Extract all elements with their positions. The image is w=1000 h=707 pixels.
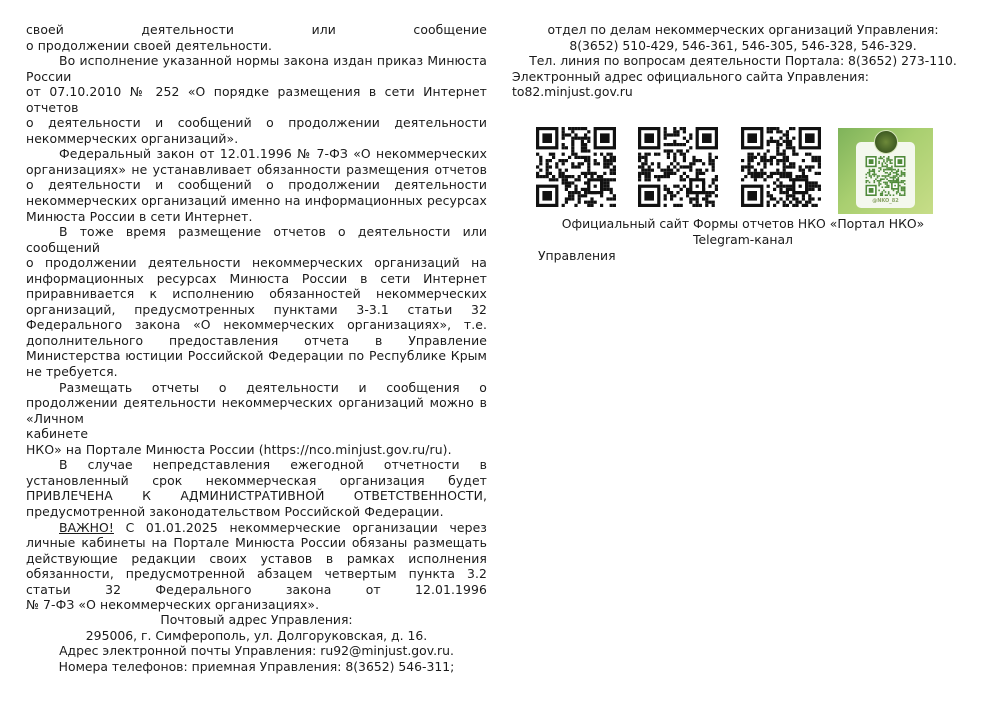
portal-hotline: Тел. линия по вопросам деятельности Порт… [512,53,974,69]
portal-nko-qr-icon [741,127,821,207]
paragraph-liability: В случае непредставления ежегодной отчет… [26,457,487,519]
department-phones: 8(3652) 510-429, 546-361, 546-305, 546-3… [512,38,974,54]
official-site-qr-icon [536,127,616,207]
paragraph-portal-link: НКО» на Портале Минюста России (https://… [26,442,487,458]
postal-address-heading: Почтовый адрес Управления: [26,612,487,628]
paragraph-order-intro: Во исполнение указанной нормы закона изд… [26,53,487,69]
left-column: своей деятельности или сообщение о продо… [26,22,487,613]
qr-caption-telegram: Telegram-канал [512,232,974,248]
address-block: Почтовый адрес Управления: 295006, г. Си… [26,612,487,674]
paragraph-line: о деятельности и сообщений о продолжении… [26,115,487,146]
telegram-qr-card: @NKO_82 [838,128,933,214]
website-url[interactable]: to82.minjust.gov.ru [512,84,974,100]
paragraph-important: ВАЖНО! С 01.01.2025 некоммерческие орган… [26,520,487,598]
paragraph-line: России [26,69,487,85]
important-label: ВАЖНО! [59,520,114,535]
telegram-handle: @NKO_82 [856,198,915,204]
department-line: отдел по делам некоммерческих организаци… [512,22,974,38]
paragraph-line: своей деятельности или сообщение [26,22,487,38]
paragraph-line: кабинете [26,426,487,442]
qr-caption-management: Управления [512,248,974,264]
website-label: Электронный адрес официального сайта Упр… [512,69,974,85]
postal-address: 295006, г. Симферополь, ул. Долгоруковск… [26,628,487,644]
paragraph-placement: Размещать отчеты о деятельности и сообще… [26,380,487,427]
phone-numbers: Номера телефонов: приемная Управления: 8… [26,659,487,675]
report-forms-qr-icon [638,127,718,207]
right-column: отдел по делам некоммерческих организаци… [512,22,974,100]
paragraph-equivalence: о продолжении деятельности некоммерчески… [26,255,487,379]
telegram-qr-icon [864,156,907,196]
paragraph-line: о продолжении своей деятельности. [26,38,487,54]
email-address: Адрес электронной почты Управления: ru92… [26,643,487,659]
ministry-emblem-icon [874,130,898,154]
qr-caption-row: Официальный сайт Формы отчетов НКО «Порт… [512,216,974,232]
paragraph-line: от 07.10.2010 № 252 «О порядке размещени… [26,84,487,115]
paragraph-federal-law: Федеральный закон от 12.01.1996 № 7-ФЗ «… [26,146,487,224]
paragraph-line: № 7-ФЗ «О некоммерческих организациях». [26,597,487,613]
qr-captions: Официальный сайт Формы отчетов НКО «Порт… [512,216,974,264]
paragraph-line: В тоже время размещение отчетов о деятел… [26,224,487,255]
